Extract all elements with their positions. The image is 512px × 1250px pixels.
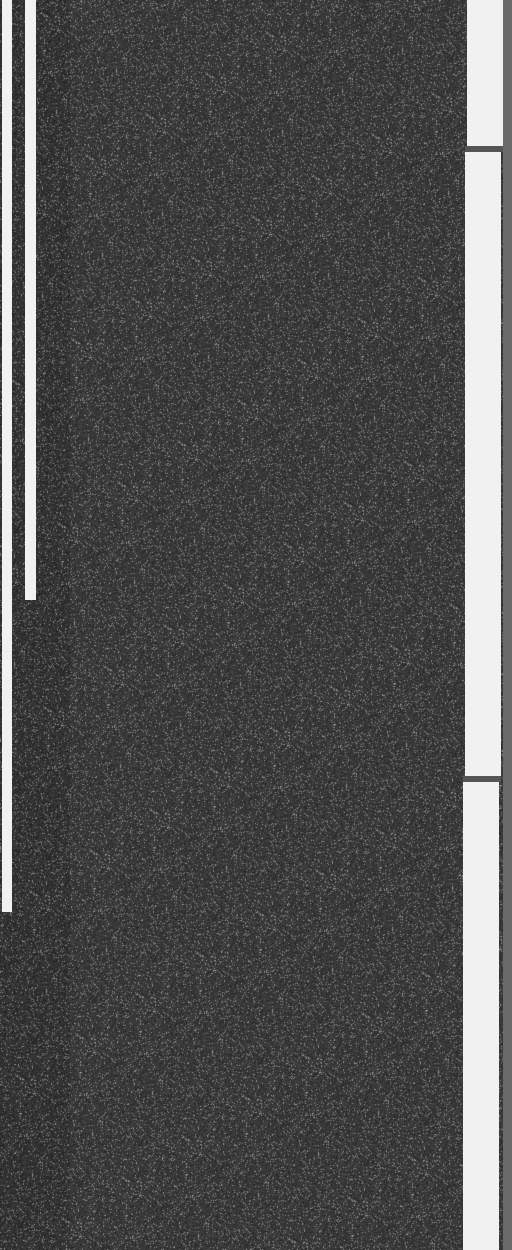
- road-photo: [0, 0, 512, 1250]
- road-edge-strip: [503, 0, 512, 1250]
- asphalt-surface: [0, 0, 512, 1250]
- right-dashed-line-segment: [463, 782, 499, 1250]
- right-dashed-line-segment: [465, 152, 501, 776]
- left-outer-lane-line: [2, 0, 12, 912]
- left-inner-lane-line: [25, 0, 36, 600]
- right-dashed-line-segment: [467, 0, 503, 146]
